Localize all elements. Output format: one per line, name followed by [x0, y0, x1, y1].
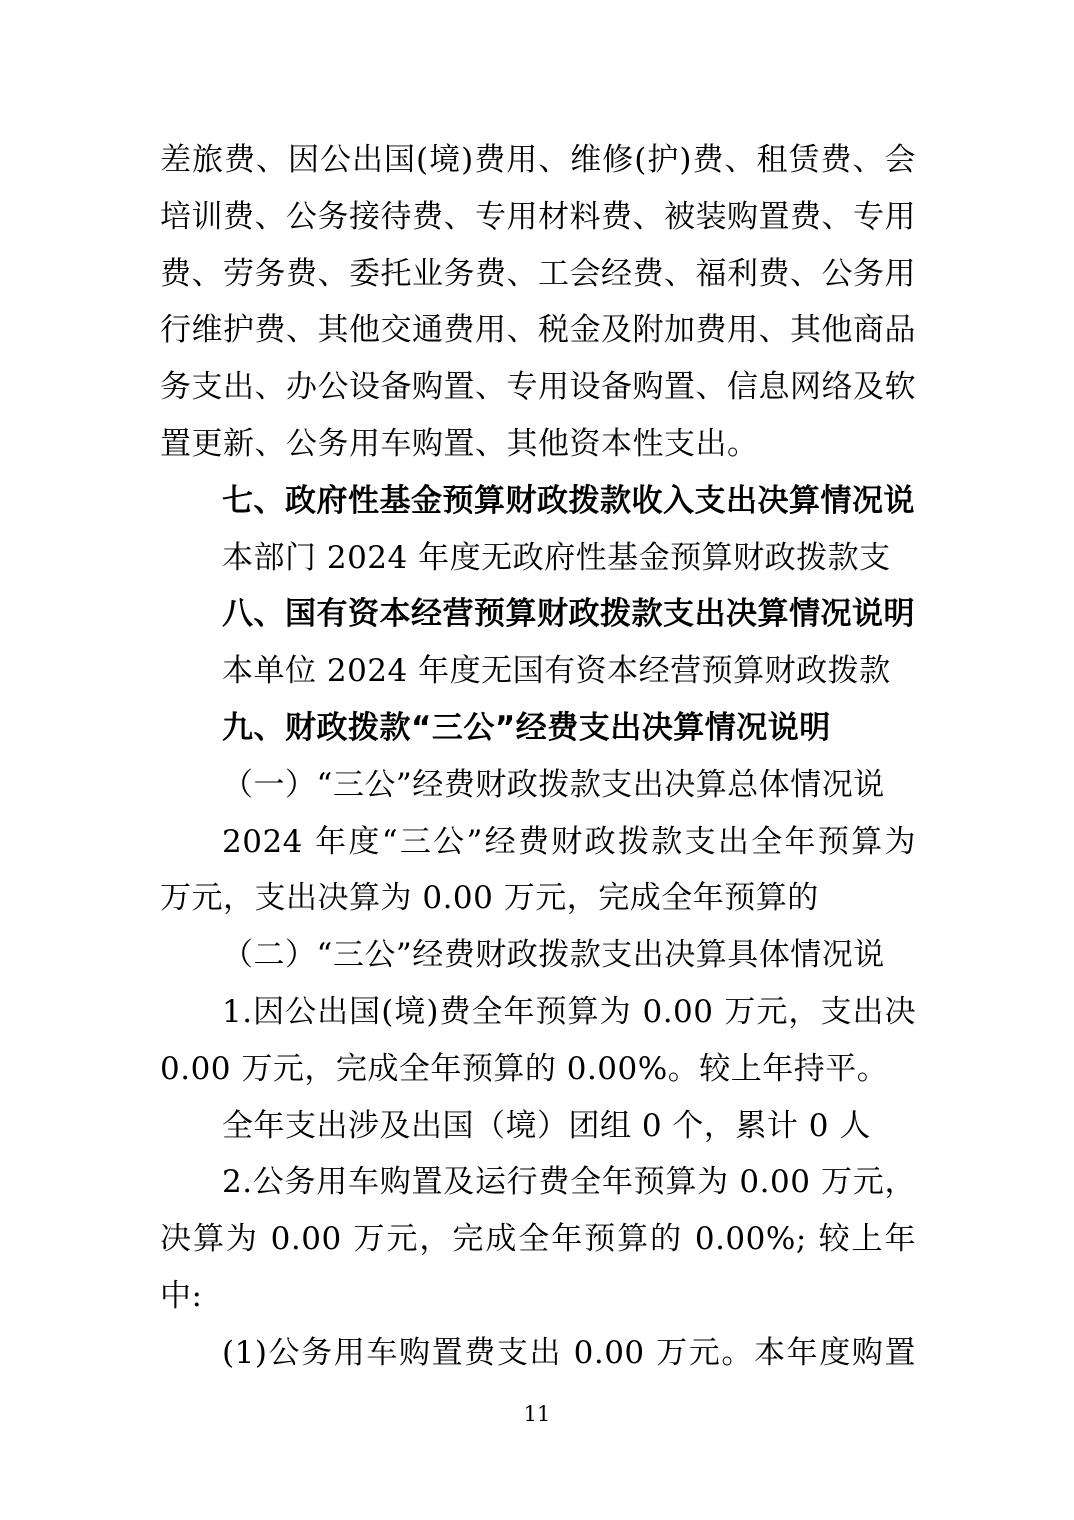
text-line: 本单位 2024 年度无国有资本经营预算财政拨款支出。 — [160, 643, 916, 700]
text-line: 培训费、公务接待费、专用材料费、被装购置费、专用燃料 — [160, 189, 916, 246]
text-line: 0.00 万元，完成全年预算的 0.00%。较上年持平。 — [160, 1041, 916, 1098]
text-line: 1.因公出国(境)费全年预算为 0.00 万元，支出决算为 — [160, 984, 916, 1041]
text-line: 行维护费、其他交通费用、税金及附加费用、其他商品和服 — [160, 302, 916, 359]
text-line: 务支出、办公设备购置、专用设备购置、信息网络及软件购 — [160, 359, 916, 416]
text-line: 费、劳务费、委托业务费、工会经费、福利费、公务用车运 — [160, 246, 916, 303]
text-line: （一）“三公”经费财政拨款支出决算总体情况说明 — [160, 757, 916, 814]
text-line: 2024 年度“三公”经费财政拨款支出全年预算为 0.00 — [160, 814, 916, 871]
text-line: （二）“三公”经费财政拨款支出决算具体情况说明。 — [160, 927, 916, 984]
text-line: 决算为 0.00 万元，完成全年预算的 0.00%; 较上年持平。其 — [160, 1211, 916, 1268]
document-body: 差旅费、因公出国(境)费用、维修(护)费、租赁费、会议费、培训费、公务接待费、专… — [160, 132, 916, 1382]
text-line: 置更新、公务用车购置、其他资本性支出。 — [160, 416, 916, 473]
text-line: 全年支出涉及出国（境）团组 0 个，累计 0 人次。 — [160, 1098, 916, 1155]
section-heading-line: 八、国有资本经营预算财政拨款支出决算情况说明 — [160, 586, 916, 643]
text-line: 中: — [160, 1268, 916, 1325]
page-number: 11 — [0, 1402, 1074, 1426]
text-line: 差旅费、因公出国(境)费用、维修(护)费、租赁费、会议费、 — [160, 132, 916, 189]
text-line: 本部门 2024 年度无政府性基金预算财政拨款支出。 — [160, 530, 916, 587]
text-line: 2.公务用车购置及运行费全年预算为 0.00 万元，支出 — [160, 1154, 916, 1211]
text-line: (1)公务用车购置费支出 0.00 万元。本年度购置(更新) — [160, 1325, 916, 1382]
document-page: 差旅费、因公出国(境)费用、维修(护)费、租赁费、会议费、培训费、公务接待费、专… — [0, 0, 1074, 1520]
text-line: 万元，支出决算为 0.00 万元，完成全年预算的 0.00%。 — [160, 870, 916, 927]
section-heading-line: 七、政府性基金预算财政拨款收入支出决算情况说明 — [160, 473, 916, 530]
section-heading-line: 九、财政拨款“三公”经费支出决算情况说明 — [160, 700, 916, 757]
